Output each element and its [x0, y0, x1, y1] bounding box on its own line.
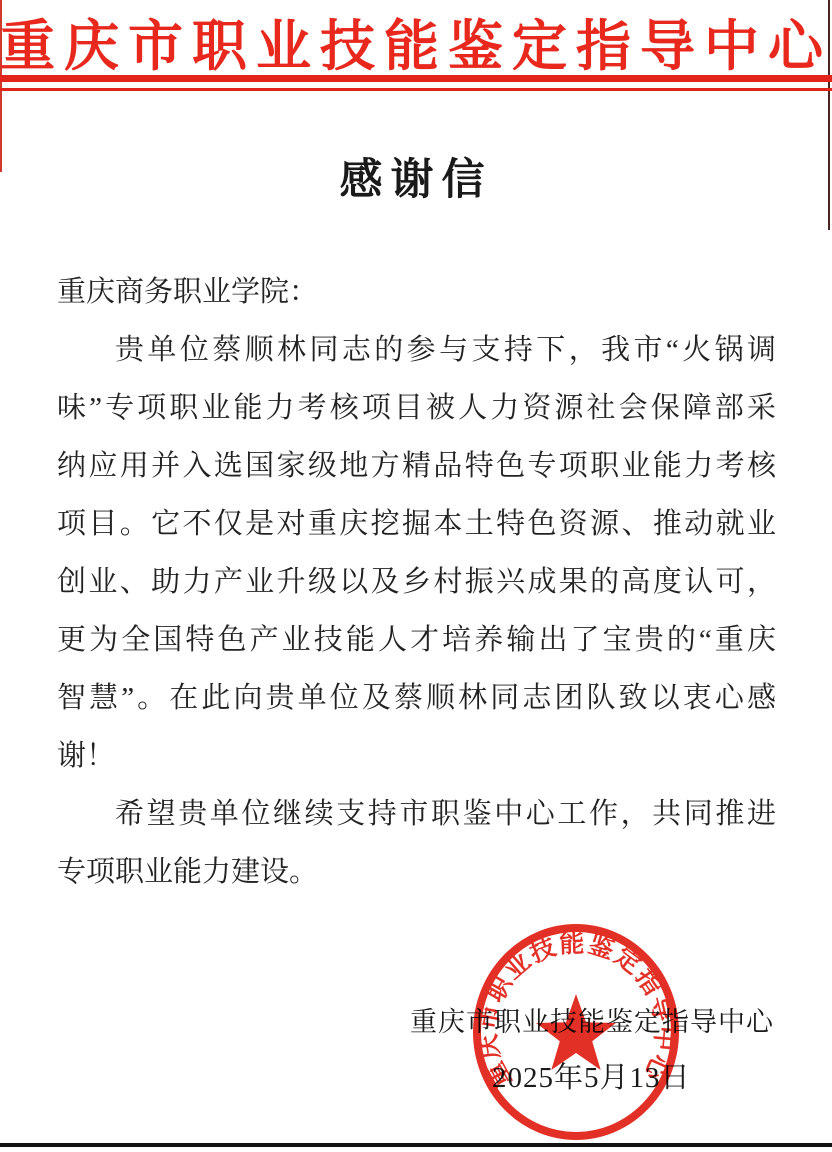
salutation-line: 重庆商务职业学院： — [57, 263, 776, 321]
official-seal: 重庆市职业技能鉴定指导中心 — [460, 916, 692, 1148]
letter-body: 重庆商务职业学院： 贵单位蔡顺林同志的参与支持下，我市“火锅调 味”专项职业能力… — [57, 263, 776, 901]
letterhead-rule-thick — [0, 75, 832, 82]
body-line: 希望贵单位继续支持市职鉴中心工作，共同推进 — [57, 785, 776, 843]
scan-edge-line-bottom — [0, 1143, 832, 1147]
body-line: 味”专项职业能力考核项目被人力资源社会保障部采 — [57, 379, 776, 437]
body-line: 谢！ — [57, 727, 776, 785]
letter-page: 重庆市职业技能鉴定指导中心 感谢信 重庆商务职业学院： 贵单位蔡顺林同志的参与支… — [0, 0, 832, 1152]
body-line: 创业、助力产业升级以及乡村振兴成果的高度认可， — [57, 553, 776, 611]
letterhead-rule-thin — [0, 88, 832, 91]
letterhead-org-name: 重庆市职业技能鉴定指导中心 — [0, 2, 832, 81]
body-line: 智慧”。在此向贵单位及蔡顺林同志团队致以衷心感 — [57, 669, 776, 727]
letter-title: 感谢信 — [0, 146, 832, 207]
star-icon — [536, 994, 616, 1070]
body-line: 专项职业能力建设。 — [57, 843, 776, 901]
body-line: 纳应用并入选国家级地方精品特色专项职业能力考核 — [57, 437, 776, 495]
body-line: 更为全国特色产业技能人才培养输出了宝贵的“重庆 — [57, 611, 776, 669]
body-line: 贵单位蔡顺林同志的参与支持下，我市“火锅调 — [57, 321, 776, 379]
body-line: 项目。它不仅是对重庆挖掘本土特色资源、推动就业 — [57, 495, 776, 553]
